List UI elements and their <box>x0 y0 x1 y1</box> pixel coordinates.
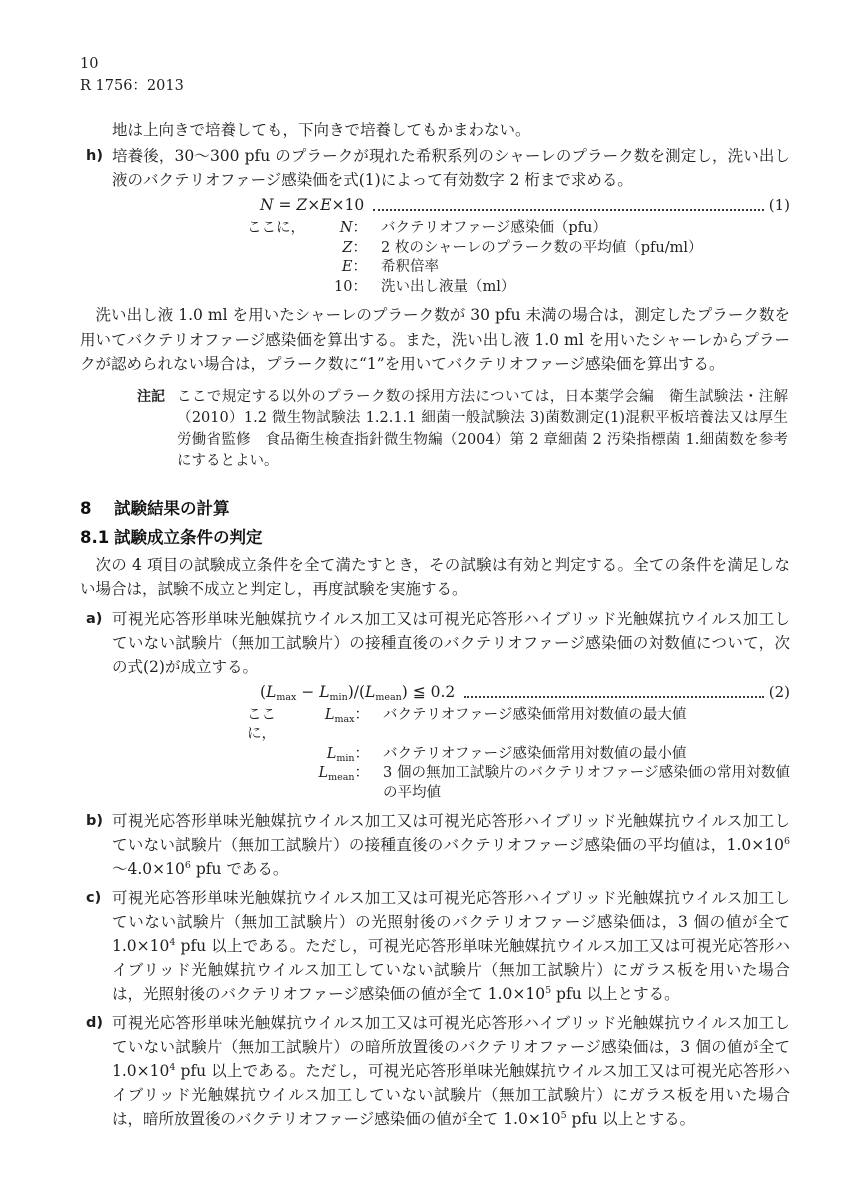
list-item-h: h) 培養後，30～300 pfu のプラークが現れた希釈系列のシャーレのプラー… <box>80 144 790 192</box>
item-text: 可視光応答形単味光触媒抗ウイルス加工又は可視光応答形ハイブリッド光触媒抗ウイルス… <box>112 610 790 676</box>
where-symbol: Z： <box>307 239 367 259</box>
section-8-heading: 8 試験結果の計算 <box>80 497 790 521</box>
paragraph-validity-intro: 次の 4 項目の試験成立条件を全て満たすとき，その試験は有効と判定する。全ての条… <box>80 553 790 602</box>
heading-title: 試験成立条件の判定 <box>114 526 263 550</box>
where-desc: 希釈倍率 <box>367 258 790 278</box>
where-desc: バクテリオファージ感染価（pfu） <box>367 219 790 239</box>
where-symbol: Lmax： <box>303 706 369 745</box>
formula-expression: (Lmax − Lmin)/(Lmean) ≦ 0.2 <box>260 679 455 705</box>
formula-leader-dots <box>373 209 764 211</box>
section-8-1-heading: 8.1 試験成立条件の判定 <box>80 526 790 550</box>
item-text: 可視光応答形単味光触媒抗ウイルス加工又は可視光応答形ハイブリッド光触媒抗ウイルス… <box>112 1014 790 1128</box>
where-symbol: E： <box>307 258 367 278</box>
item-text: 可視光応答形単味光触媒抗ウイルス加工又は可視光応答形ハイブリッド光触媒抗ウイルス… <box>112 889 790 1003</box>
paragraph-plaque-count: 洗い出し液 1.0 ml を用いたシャーレのプラーク数が 30 pfu 未満の場… <box>80 303 790 377</box>
item-label: h) <box>86 144 103 168</box>
page-body: 地は上向きで培養しても，下向きで培養してもかまわない。 h) 培養後，30～30… <box>80 118 790 1131</box>
where-symbol: 10： <box>307 278 367 298</box>
where-intro: ここに， <box>247 706 303 745</box>
where-desc: バクテリオファージ感染価常用対数値の最大値 <box>369 706 790 745</box>
standard-number: R 1756：2013 <box>80 76 790 96</box>
list-item-c: c) 可視光応答形単味光触媒抗ウイルス加工又は可視光応答形ハイブリッド光触媒抗ウ… <box>80 886 790 1006</box>
where-desc: 洗い出し液量（ml） <box>367 278 790 298</box>
formula-1: N = Z×E×10 (1) <box>260 192 790 218</box>
continuation-paragraph: 地は上向きで培養しても，下向きで培養してもかまわない。 <box>80 118 790 142</box>
formula-expression: N = Z×E×10 <box>260 192 364 218</box>
item-label: a) <box>86 607 102 631</box>
item-label: b) <box>86 809 103 833</box>
formula-number: (2) <box>769 679 790 705</box>
formula-2: (Lmax − Lmin)/(Lmean) ≦ 0.2 (2) <box>260 679 790 705</box>
list-item-b: b) 可視光応答形単味光触媒抗ウイルス加工又は可視光応答形ハイブリッド光触媒抗ウ… <box>80 809 790 881</box>
where-symbol: Lmean： <box>303 764 369 803</box>
list-item-d: d) 可視光応答形単味光触媒抗ウイルス加工又は可視光応答形ハイブリッド光触媒抗ウ… <box>80 1011 790 1131</box>
where-desc: 2 枚のシャーレのプラーク数の平均値（pfu/ml） <box>367 239 790 259</box>
where-intro: ここに， <box>247 219 307 239</box>
heading-title: 試験結果の計算 <box>114 497 230 521</box>
where-symbol: Lmin： <box>303 745 369 765</box>
where-symbol: N： <box>307 219 367 239</box>
item-label: c) <box>86 886 101 910</box>
page-number: 10 <box>80 54 790 74</box>
item-text: 培養後，30～300 pfu のプラークが現れた希釈系列のシャーレのプラーク数を… <box>112 147 790 189</box>
note-label: 注記 <box>137 387 177 473</box>
item-text: 可視光応答形単味光触媒抗ウイルス加工又は可視光応答形ハイブリッド光触媒抗ウイルス… <box>112 812 790 878</box>
where-desc: バクテリオファージ感染価常用対数値の最小値 <box>369 745 790 765</box>
heading-number: 8 <box>80 497 114 521</box>
formula-number: (1) <box>769 192 790 218</box>
document-page: 10 R 1756：2013 地は上向きで培養しても，下向きで培養してもかまわな… <box>0 0 849 1200</box>
note-text: ここで規定する以外のプラーク数の採用方法については，日本薬学会編 衛生試験法・注… <box>177 387 790 473</box>
formula-leader-dots <box>464 696 763 698</box>
where-block-1: ここに， N： バクテリオファージ感染価（pfu） Z： 2 枚のシャーレのプラ… <box>247 219 790 297</box>
heading-number: 8.1 <box>80 526 114 550</box>
list-item-a: a) 可視光応答形単味光触媒抗ウイルス加工又は可視光応答形ハイブリッド光触媒抗ウ… <box>80 607 790 679</box>
note-block: 注記 ここで規定する以外のプラーク数の採用方法については，日本薬学会編 衛生試験… <box>137 387 790 473</box>
where-desc: 3 個の無加工試験片のバクテリオファージ感染価の常用対数値の平均値 <box>369 764 790 803</box>
where-block-2: ここに， Lmax： バクテリオファージ感染価常用対数値の最大値 Lmin： バ… <box>247 706 790 804</box>
item-label: d) <box>86 1011 103 1035</box>
